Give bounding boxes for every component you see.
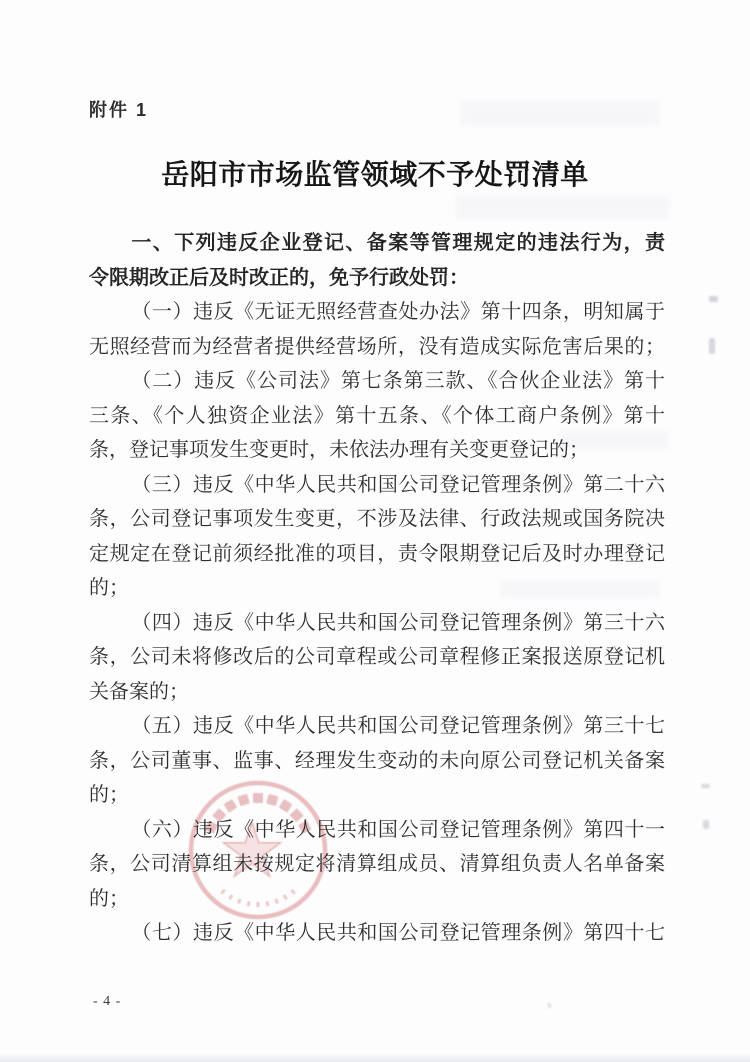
scan-artifact (703, 820, 709, 829)
body-line: 条，公司未将修改后的公司章程或公司章程修正案报送原登记机 (89, 640, 665, 675)
body-line: （三）违反《中华人民共和国公司登记管理条例》第二十六 (89, 468, 665, 503)
body-line: 一、下列违反企业登记、备案等管理规定的违法行为，责 (89, 226, 665, 261)
body-line: 的； (89, 778, 665, 813)
body-line: 的； (89, 882, 665, 917)
scan-page-edge (0, 1052, 750, 1062)
body-line: （六）违反《中华人民共和国公司登记管理条例》第四十一 (89, 813, 665, 848)
body-line: 条，公司登记事项发生变更，不涉及法律、行政法规或国务院决 (89, 502, 665, 537)
body-line: （一）违反《无证无照经营查处办法》第十四条，明知属于 (89, 295, 665, 330)
body-line: 条，公司清算组未按规定将清算组成员、清算组负责人名单备案 (89, 847, 665, 882)
page-number: - 4 - (93, 994, 121, 1010)
body-line: （二）违反《公司法》第七条第三款、《合伙企业法》第十 (89, 364, 665, 399)
body-line: 条，登记事项发生变更时，未依法办理有关变更登记的； (89, 433, 665, 468)
attachment-label: 附件 1 (89, 96, 148, 122)
scanned-document-page: 附件 1 岳阳市市场监管领域不予处罚清单 一、下列违反企业登记、备案等管理规定的… (0, 0, 750, 1062)
document-body: 一、下列违反企业登记、备案等管理规定的违法行为，责 令限期改正后及时改正的，免予… (89, 226, 665, 951)
body-line: （五）违反《中华人民共和国公司登记管理条例》第三十七 (89, 709, 665, 744)
bleed-through-smudge (455, 195, 670, 219)
page-title: 岳阳市市场监管领域不予处罚清单 (0, 153, 750, 193)
body-line: （四）违反《中华人民共和国公司登记管理条例》第三十六 (89, 606, 665, 641)
scan-artifact (548, 1003, 551, 1008)
body-line: 三条、《个人独资企业法》第十五条、《个体工商户条例》第十 (89, 399, 665, 434)
body-line: 无照经营而为经营者提供经营场所，没有造成实际危害后果的； (89, 330, 665, 365)
body-line: 条，公司董事、监事、经理发生变动的未向原公司登记机关备案 (89, 744, 665, 779)
scan-artifact (709, 296, 718, 302)
body-line: 的； (89, 571, 665, 606)
bleed-through-smudge (460, 100, 660, 126)
scan-artifact (709, 338, 715, 354)
body-line: 令限期改正后及时改正的，免予行政处罚： (89, 261, 665, 296)
body-line: （七）违反《中华人民共和国公司登记管理条例》第四十七 (89, 916, 665, 951)
body-line: 关备案的； (89, 675, 665, 710)
scan-artifact (701, 784, 710, 788)
body-line: 定规定在登记前须经批准的项目，责令限期登记后及时办理登记 (89, 537, 665, 572)
